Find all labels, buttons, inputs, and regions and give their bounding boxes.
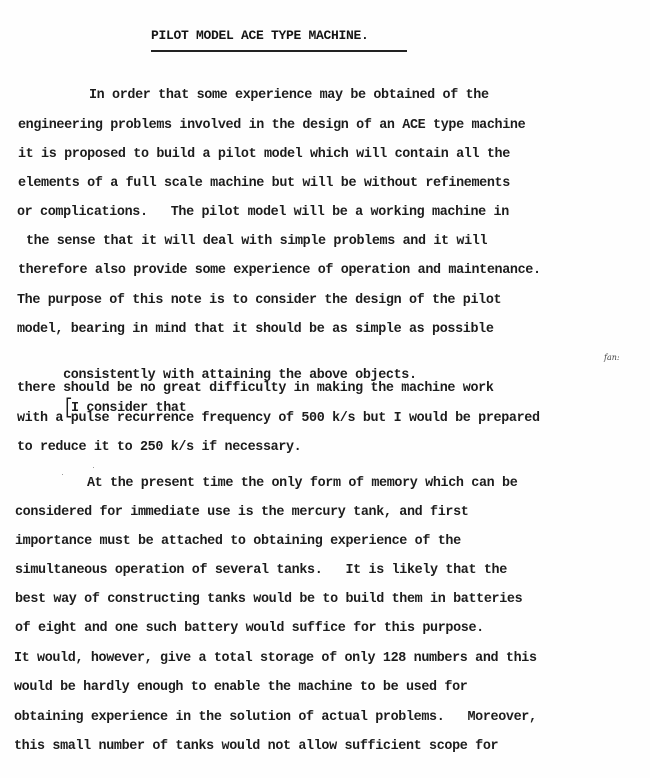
handwritten-margin-note: fan: bbox=[604, 353, 620, 362]
text-line: simultaneous operation of several tanks.… bbox=[15, 563, 507, 579]
typewritten-page: PILOT MODEL ACE TYPE MACHINE. In order t… bbox=[0, 0, 650, 778]
text-line: model, bearing in mind that it should be… bbox=[17, 322, 494, 338]
text-line: considered for immediate use is the merc… bbox=[15, 505, 468, 521]
text-line: engineering problems involved in the des… bbox=[18, 118, 525, 134]
text-line: this small number of tanks would not all… bbox=[14, 739, 498, 755]
text-line: It would, however, give a total storage … bbox=[14, 651, 537, 667]
text-line: elements of a full scale machine but wil… bbox=[18, 176, 510, 192]
text-line: best way of constructing tanks would be … bbox=[15, 592, 522, 608]
text-line: of eight and one such battery would suff… bbox=[15, 621, 484, 637]
text-line: to reduce it to 250 k/s if necessary. bbox=[17, 440, 301, 456]
text-line: or complications. The pilot model will b… bbox=[17, 205, 509, 221]
text-line: therefore also provide some experience o… bbox=[18, 263, 541, 279]
text-line: The purpose of this note is to consider … bbox=[17, 293, 501, 309]
title-underline bbox=[151, 50, 407, 52]
scan-speck bbox=[93, 467, 94, 468]
scan-speck bbox=[62, 474, 63, 475]
text-line: At the present time the only form of mem… bbox=[87, 476, 517, 492]
text-line: it is proposed to build a pilot model wh… bbox=[18, 147, 510, 163]
text-line: there should be no great difficulty in m… bbox=[17, 381, 494, 397]
text-line: the sense that it will deal with simple … bbox=[26, 234, 487, 250]
text-line: would be hardly enough to enable the mac… bbox=[14, 680, 467, 696]
text-line: obtaining experience in the solution of … bbox=[14, 710, 537, 726]
text-line: importance must be attached to obtaining… bbox=[15, 534, 461, 550]
text-line: with a pulse recurrence frequency of 500… bbox=[17, 411, 540, 427]
text-line: In order that some experience may be obt… bbox=[89, 88, 489, 104]
document-title: PILOT MODEL ACE TYPE MACHINE. bbox=[151, 28, 369, 43]
